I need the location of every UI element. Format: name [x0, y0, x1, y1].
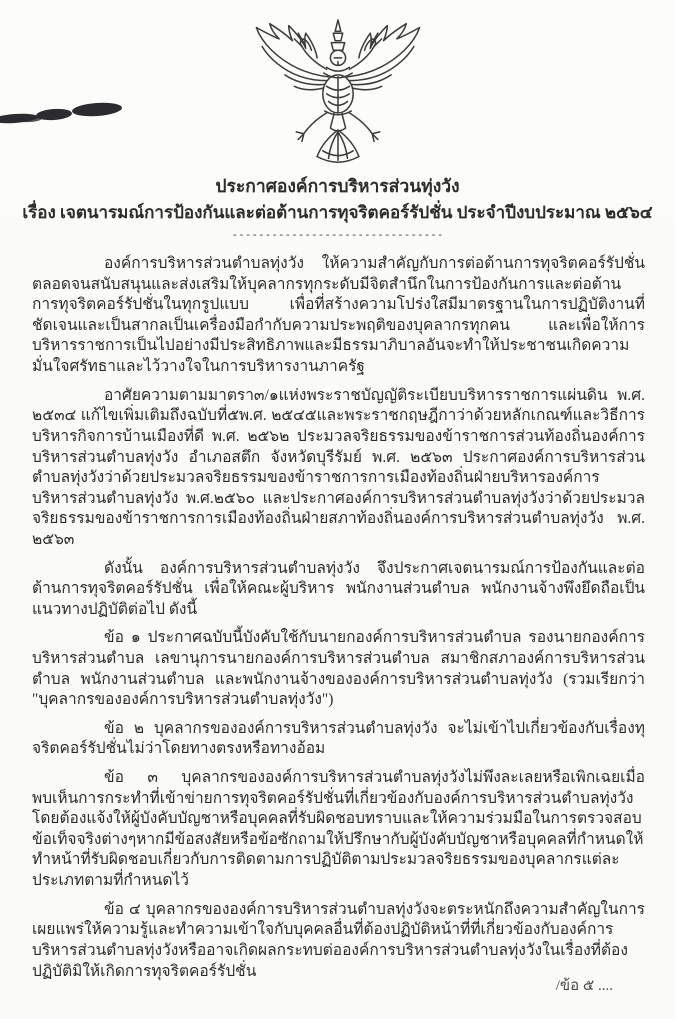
clause-3: ข้อ ๓ บุคลากรขององค์การบริหารส่วนตำบลทุ่…: [32, 768, 645, 892]
paragraph-opening: องค์การบริหารส่วนตำบลทุ่งวัง ให้ความสำคั…: [32, 254, 645, 378]
document-header: ประกาศองค์การบริหารส่วนทุ่งวัง เรื่อง เจ…: [0, 174, 675, 240]
paragraph-legal-basis: อาศัยความตามมาตรา๓/๑แห่งพระราชบัญญัติระเ…: [32, 386, 645, 551]
title-divider: --------------------------------: [0, 229, 675, 240]
paragraph-declaration: ดังนั้น องค์การบริหารส่วนตำบลทุ่งวัง จึง…: [32, 559, 645, 621]
clause-2: ข้อ ๒ บุคลากรขององค์การบริหารส่วนตำบลทุ่…: [32, 719, 645, 760]
clause-1: ข้อ ๑ ประกาศฉบับนี้บังคับใช้กับนายกองค์ก…: [32, 628, 645, 710]
announcement-subject: เรื่อง เจตนารมณ์การป้องกันและต่อต้านการท…: [0, 201, 675, 226]
announcement-title: ประกาศองค์การบริหารส่วนทุ่งวัง: [0, 174, 675, 199]
scanned-announcement-page: ประกาศองค์การบริหารส่วนทุ่งวัง เรื่อง เจ…: [0, 0, 675, 1019]
document-body: องค์การบริหารส่วนตำบลทุ่งวัง ให้ความสำคั…: [0, 240, 675, 982]
clause-4: ข้อ ๔ บุคลากรขององค์การบริหารส่วนตำบลทุ่…: [32, 900, 645, 982]
garuda-emblem: [0, 0, 675, 170]
continuation-note: /ข้อ ๕ ....: [556, 973, 613, 997]
